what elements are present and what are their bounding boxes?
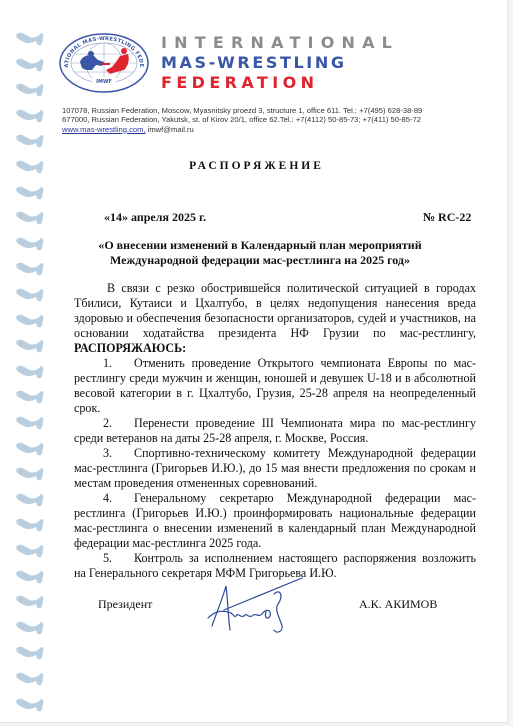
document-body: В связи с резко обострившейся политическ… [74, 281, 476, 581]
wrestler-silhouette-icon [14, 81, 46, 99]
address-block: 107078, Russian Federation, Moscow, Myas… [62, 106, 422, 134]
wrestler-silhouette-icon [14, 516, 46, 534]
wrestler-silhouette-icon [14, 30, 46, 48]
wrestler-silhouette-icon [14, 440, 46, 458]
wrestler-silhouette-icon [14, 235, 46, 253]
signatory-name: А.К. АКИМОВ [359, 597, 437, 612]
wrestler-silhouette-icon [14, 619, 46, 637]
preamble-paragraph: В связи с резко обострившейся политическ… [74, 281, 476, 356]
wrestler-silhouette-icon [14, 670, 46, 688]
wrestler-silhouette-icon [14, 414, 46, 432]
wrestler-silhouette-icon [14, 56, 46, 74]
wrestler-silhouette-icon [14, 593, 46, 611]
wrestler-silhouette-icon [14, 260, 46, 278]
document-date: «14» апреля 2025 г. [104, 210, 206, 225]
wrestler-silhouette-icon [14, 491, 46, 509]
document-title: РАСПОРЯЖЕНИЕ [0, 160, 513, 172]
wrestler-silhouette-icon [14, 107, 46, 125]
svg-text:IMWF: IMWF [96, 79, 112, 85]
wrestler-silhouette-icon [14, 209, 46, 227]
margin-decoration [14, 30, 50, 720]
wrestler-silhouette-icon [14, 568, 46, 586]
wrestler-silhouette-icon [14, 388, 46, 406]
wrestler-silhouette-icon [14, 644, 46, 662]
document-subject: «О внесении изменений в Календарный план… [60, 238, 460, 268]
wrestler-silhouette-icon [14, 312, 46, 330]
order-item: 2.Перенести проведение III Чемпионата ми… [74, 416, 476, 446]
wrestler-silhouette-icon [14, 337, 46, 355]
order-item: 4.Генеральному секретарю Международной ф… [74, 491, 476, 551]
address-yakutsk: 677000, Russian Federation, Yakutsk, st.… [62, 115, 422, 124]
imwf-logo: INTERNATIONAL MAS-WRESTLING FEDERATION I… [58, 32, 150, 94]
handwritten-signature [204, 574, 304, 638]
brand-line-mas-wrestling: MAS-WRESTLING [161, 53, 399, 73]
wrestler-silhouette-icon [14, 184, 46, 202]
order-item: 1.Отменить проведение Открытого чемпиона… [74, 356, 476, 416]
document-page: INTERNATIONAL MAS-WRESTLING FEDERATION I… [0, 0, 508, 723]
order-word: РАСПОРЯЖАЮСЬ: [74, 341, 186, 355]
document-number: № RC-22 [423, 210, 471, 225]
brand-line-federation: FEDERATION [161, 73, 399, 93]
wrestler-silhouette-icon [14, 696, 46, 714]
wrestler-silhouette-icon [14, 286, 46, 304]
wrestler-silhouette-icon [14, 363, 46, 381]
order-item: 3.Спортивно-техническому комитету Междун… [74, 446, 476, 491]
brand-line-international: INTERNATIONAL [161, 33, 399, 53]
wrestler-silhouette-icon [14, 465, 46, 483]
federation-wordmark: INTERNATIONAL MAS-WRESTLING FEDERATION [161, 33, 399, 93]
email-address: imwf@mail.ru [148, 125, 194, 134]
website-link[interactable]: www.mas-wrestling.com, [62, 125, 146, 134]
signatory-role: Президент [98, 597, 152, 612]
wrestler-silhouette-icon [14, 542, 46, 560]
wrestler-silhouette-icon [14, 132, 46, 150]
address-moscow: 107078, Russian Federation, Moscow, Myas… [62, 106, 422, 115]
